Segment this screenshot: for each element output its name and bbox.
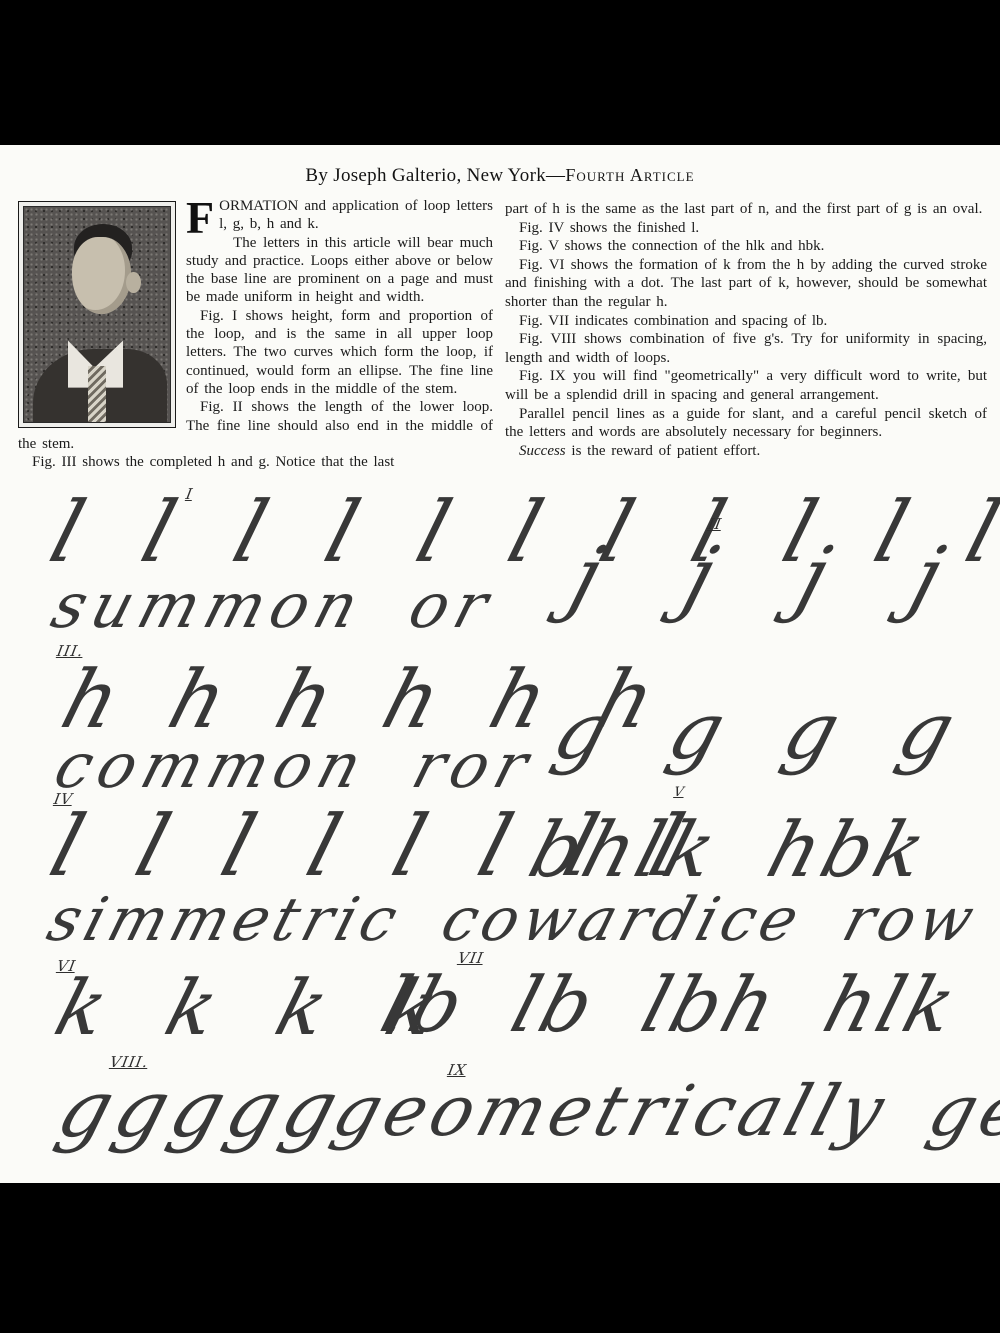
article-right-column: part of h is the same as the last part o…	[505, 200, 987, 460]
right-paragraph-7: Fig. IX you will find "geometrically" a …	[505, 367, 987, 404]
byline-author: By Joseph Galterio, New York—	[305, 165, 565, 186]
practice-word-summon-or: summon or	[44, 569, 503, 642]
article-left-column: FORMATION and application of loop letter…	[18, 197, 493, 471]
right-paragraph-6: Fig. VIII shows combination of five g's.…	[505, 330, 987, 367]
figure-2-lower-loops: j j j j j j j	[560, 530, 1000, 625]
left-paragraph-5: Fig. III shows the completed h and g. No…	[18, 453, 493, 471]
byline: By Joseph Galterio, New York—Fourth Arti…	[0, 165, 1000, 187]
practice-word-simmetric-cowardice-row: simmetric cowardice row	[40, 885, 986, 955]
portrait-ear	[126, 272, 141, 294]
dropcap-f: F	[186, 197, 219, 237]
portrait-photo	[18, 201, 176, 428]
figure-3-g-letters: g g g g g	[544, 687, 1000, 777]
success-word: Success	[519, 443, 566, 459]
right-paragraph-1: part of h is the same as the last part o…	[505, 200, 987, 219]
figure-5-bhlk-hbk: bhlk hbk	[520, 805, 939, 894]
right-paragraph-5: Fig. VII indicates combination and spaci…	[505, 312, 987, 331]
figure-8-five-gs: ggggg	[48, 1065, 353, 1155]
right-paragraph-2: Fig. IV shows the finished l.	[505, 219, 987, 238]
figure-9-geometrically: geometrically ge	[324, 1070, 1000, 1152]
figure-7-lb-combinations: lb lb lbh hlk	[372, 960, 968, 1049]
practice-word-common-ror: common ror	[47, 729, 543, 802]
portrait-tie	[88, 366, 106, 422]
scanned-article-page: By Joseph Galterio, New York—Fourth Arti…	[0, 145, 1000, 1183]
portrait-face	[72, 237, 130, 314]
right-paragraph-4: Fig. VI shows the formation of k from th…	[505, 256, 987, 312]
black-frame: By Joseph Galterio, New York—Fourth Arti…	[0, 0, 1000, 1333]
right-paragraph-8: Parallel pencil lines as a guide for sla…	[505, 405, 987, 442]
byline-article-tag: Fourth Article	[565, 165, 694, 185]
portrait-halftone	[23, 206, 171, 423]
right-paragraph-9: Success is the reward of patient effort.	[505, 442, 987, 461]
right-paragraph-3: Fig. V shows the connection of the hlk a…	[505, 237, 987, 256]
